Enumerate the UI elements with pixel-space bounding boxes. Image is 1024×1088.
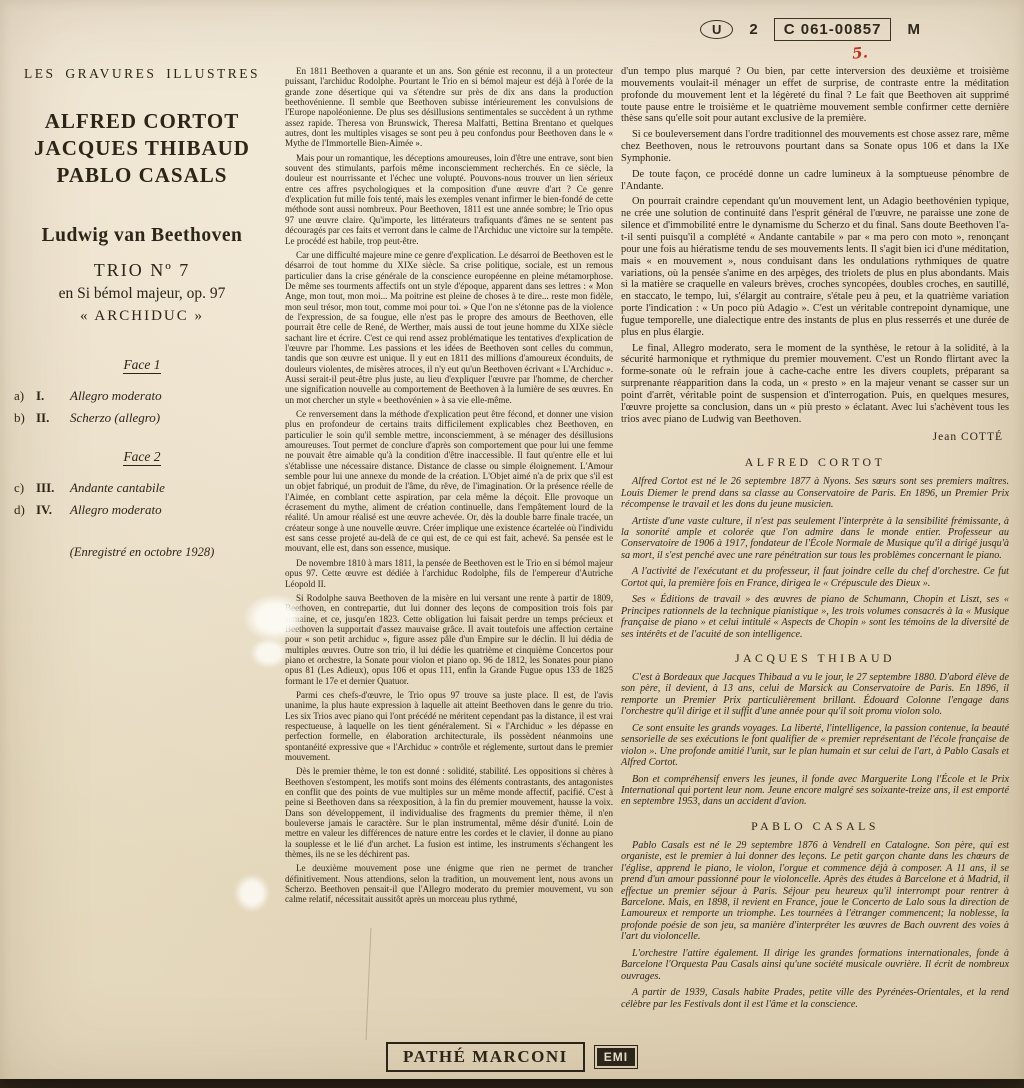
face-2-tracklist: c) III. Andante cantabile d) IV. Allegro…: [14, 477, 270, 521]
face-1-label: Face 1: [14, 357, 270, 373]
emi-logo: EMI: [594, 1045, 638, 1069]
track-prefix: a): [14, 385, 36, 407]
bio-paragraph: Bon et compréhensif envers les jeunes, i…: [621, 774, 1009, 808]
track-numeral: IV.: [36, 499, 70, 521]
handwritten-mark: 5.: [851, 43, 868, 63]
bio-paragraph: C'est à Bordeaux que Jacques Thibaud a v…: [621, 672, 1009, 718]
paragraph: On pourrait craindre cependant qu'un mou…: [621, 196, 1009, 338]
work-title: TRIO Nº 7: [14, 260, 270, 281]
paragraph: De toute façon, ce procédé donne un cadr…: [621, 169, 1009, 193]
sidebar: LES GRAVURES ILLUSTRES ALFRED CORTOT JAC…: [14, 66, 270, 560]
paragraph: Parmi ces chefs-d'œuvre, le Trio opus 97…: [285, 690, 613, 762]
paragraph: En 1811 Beethoven a quarante et un ans. …: [285, 66, 613, 149]
bio-paragraph: Ses « Éditions de travail » des œuvres d…: [621, 594, 1009, 640]
label-logos: PATHÉ MARCONI EMI: [0, 1042, 1024, 1072]
track-numeral: II.: [36, 407, 70, 429]
paper-crease: [366, 928, 372, 1040]
artist-name: JACQUES THIBAUD: [14, 135, 270, 162]
u-marking: U: [700, 20, 733, 39]
m-marking: M: [907, 21, 920, 38]
paragraph: Si ce bouleversement dans l'ordre tradit…: [621, 129, 1009, 165]
paragraph: Mais pour un romantique, les déceptions …: [285, 153, 613, 246]
paper-stain: [250, 638, 288, 668]
face-2-label: Face 2: [14, 449, 270, 465]
work-key: en Si bémol majeur, op. 97: [14, 285, 270, 303]
composer-name: Ludwig van Beethoven: [14, 225, 270, 247]
bio-section-cortot: ALFRED CORTOT Alfred Cortot est né le 26…: [621, 457, 1009, 640]
track-prefix: d): [14, 499, 36, 521]
bio-section-thibaud: JACQUES THIBAUD C'est à Bordeaux que Jac…: [621, 653, 1009, 808]
track-prefix: b): [14, 407, 36, 429]
article-column-2: d'un tempo plus marqué ? Ou bien, par ce…: [621, 66, 1009, 1015]
paragraph: Le deuxième mouvement pose une énigme qu…: [285, 863, 613, 904]
track-row: c) III. Andante cantabile: [14, 477, 270, 499]
paper-stain: [234, 874, 270, 912]
paragraph: Car une difficulté majeure mine ce genre…: [285, 250, 613, 405]
bio-paragraph: Artiste d'une vaste culture, il n'est pa…: [621, 516, 1009, 562]
record-sleeve-back: U 2 C 061-00857 M 5. LES GRAVURES ILLUST…: [0, 0, 1024, 1088]
paragraph: d'un tempo plus marqué ? Ou bien, par ce…: [621, 66, 1009, 125]
disc-number: 2: [749, 21, 757, 38]
bio-header: ALFRED CORTOT: [621, 457, 1009, 469]
recording-note: (Enregistré en octobre 1928): [14, 545, 270, 560]
bio-paragraph: Pablo Casals est né le 29 septembre 1876…: [621, 840, 1009, 943]
collection-title: LES GRAVURES ILLUSTRES: [14, 66, 270, 82]
author-signature: Jean COTTÉ: [621, 432, 1003, 444]
artist-name: ALFRED CORTOT: [14, 108, 270, 135]
track-numeral: III.: [36, 477, 70, 499]
track-title: Allegro moderato: [70, 385, 162, 407]
face-1-tracklist: a) I. Allegro moderato b) II. Scherzo (a…: [14, 385, 270, 429]
track-prefix: c): [14, 477, 36, 499]
artist-names: ALFRED CORTOT JACQUES THIBAUD PABLO CASA…: [14, 108, 270, 189]
article-column-1: En 1811 Beethoven a quarante et un ans. …: [285, 66, 613, 909]
bio-header: JACQUES THIBAUD: [621, 653, 1009, 665]
bio-paragraph: Ce sont ensuite les grands voyages. La l…: [621, 723, 1009, 769]
track-title: Andante cantabile: [70, 477, 165, 499]
paragraph: Le final, Allegro moderato, sera le mome…: [621, 343, 1009, 426]
track-row: b) II. Scherzo (allegro): [14, 407, 270, 429]
bio-section-casals: PABLO CASALS Pablo Casals est né le 29 s…: [621, 821, 1009, 1010]
track-row: d) IV. Allegro moderato: [14, 499, 270, 521]
paragraph: Ce renversement dans la méthode d'explic…: [285, 409, 613, 554]
artist-name: PABLO CASALS: [14, 162, 270, 189]
paragraph: Dès le premier thème, le ton est donné :…: [285, 766, 613, 859]
work-nickname: « ARCHIDUC »: [14, 308, 270, 325]
bio-paragraph: Alfred Cortot est né le 26 septembre 187…: [621, 476, 1009, 510]
track-numeral: I.: [36, 385, 70, 407]
pathe-marconi-logo: PATHÉ MARCONI: [386, 1042, 585, 1072]
bio-paragraph: L'orchestre l'attire également. Il dirig…: [621, 948, 1009, 982]
paragraph: De novembre 1810 à mars 1811, la pensée …: [285, 558, 613, 589]
catalog-number: C 061-00857: [774, 18, 892, 41]
track-row: a) I. Allegro moderato: [14, 385, 270, 407]
paragraph: Si Rodolphe sauva Beethoven de la misère…: [285, 593, 613, 686]
bio-paragraph: A partir de 1939, Casals habite Prades, …: [621, 987, 1009, 1010]
track-title: Scherzo (allegro): [70, 407, 160, 429]
photo-bottom-edge: [0, 1079, 1024, 1088]
track-title: Allegro moderato: [70, 499, 162, 521]
bio-paragraph: A l'activité de l'exécutant et du profes…: [621, 566, 1009, 589]
catalog-codes: U 2 C 061-00857 M: [700, 18, 980, 41]
bio-header: PABLO CASALS: [621, 821, 1009, 833]
